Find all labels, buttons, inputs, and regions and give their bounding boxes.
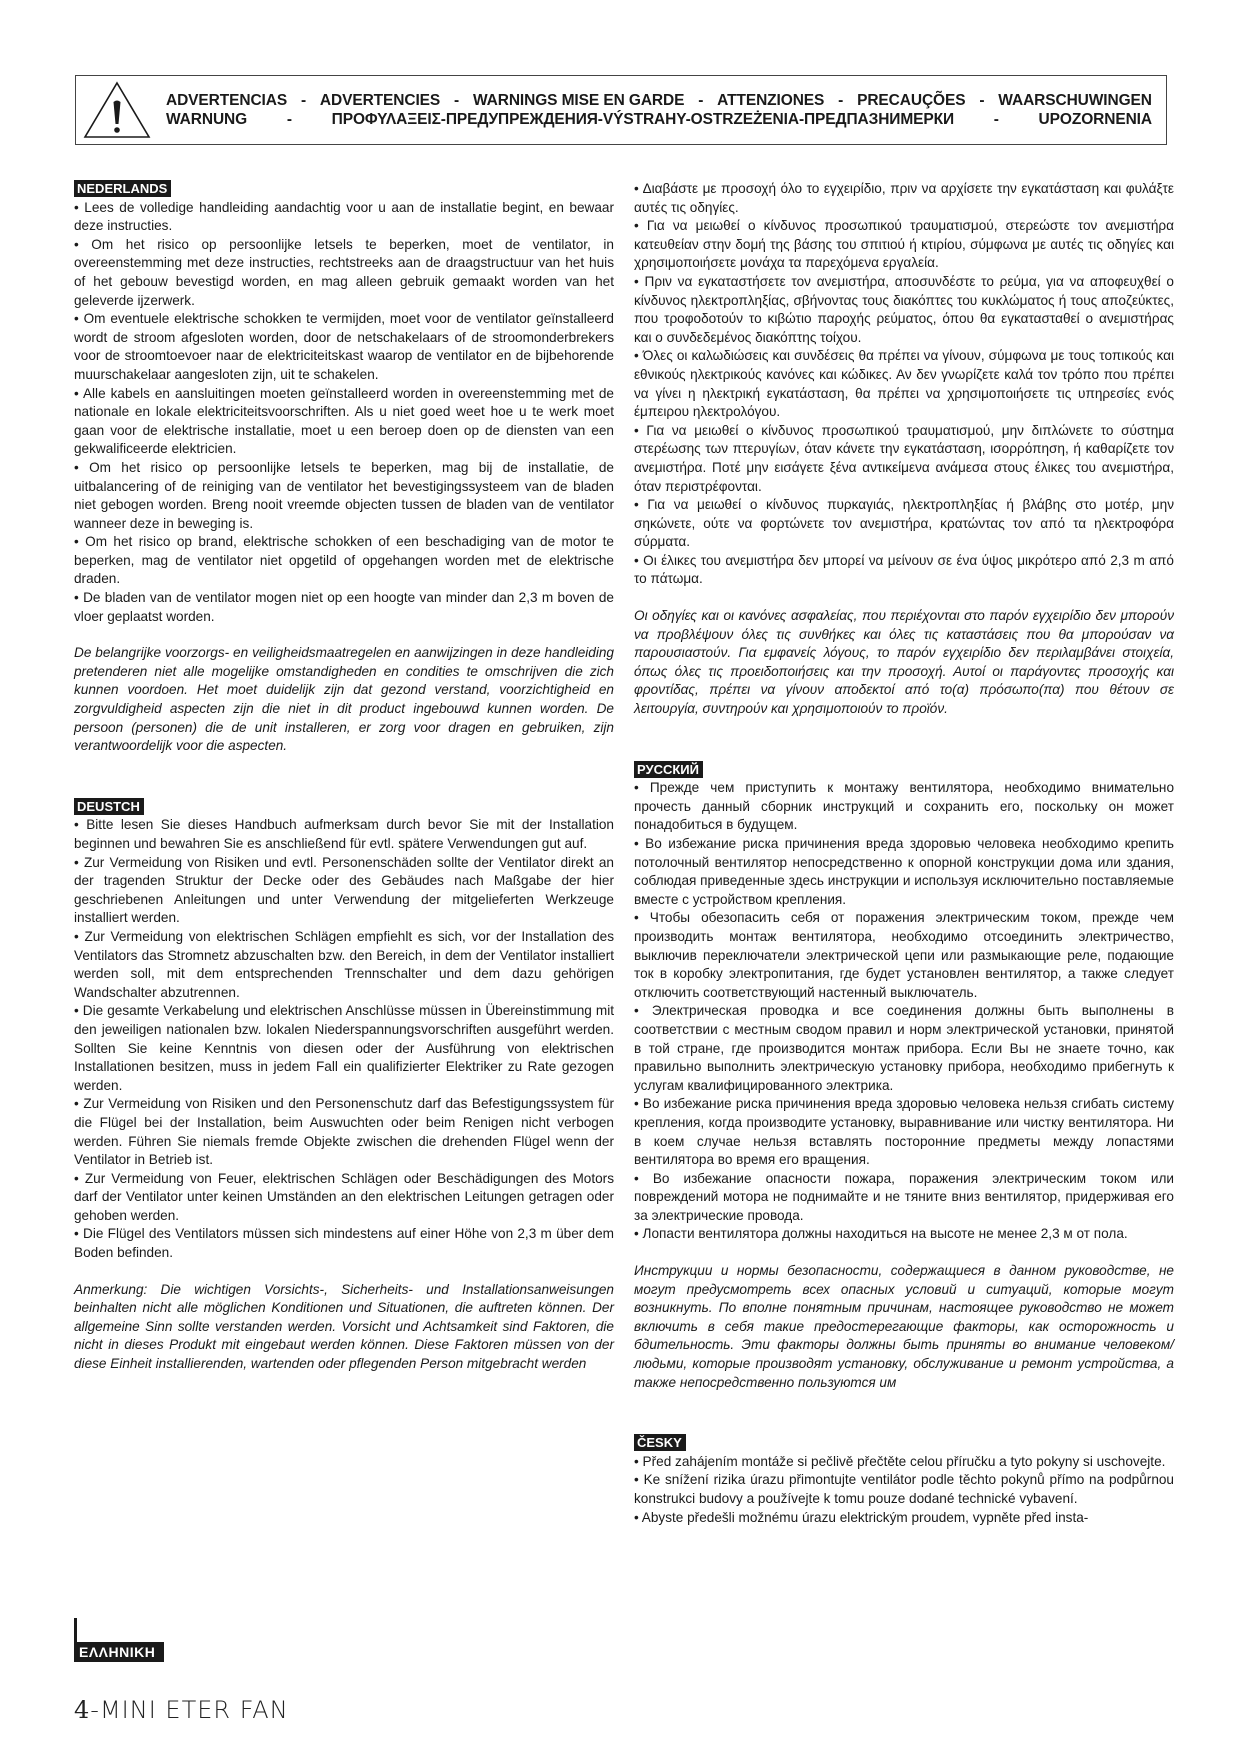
warnings-header-title: ADVERTENCIAS - ADVERTENCIES - WARNINGS M…	[152, 91, 1166, 129]
section-nederlands: NEDERLANDS • Lees de volledige handleidi…	[74, 180, 614, 756]
disclaimer-note: De belangrijke voorzorgs- en veiligheids…	[74, 644, 614, 756]
section-deutsch: DEUSTCH • Bitte lesen Sie dieses Handbuc…	[74, 798, 614, 1374]
header-line-1: ADVERTENCIAS - ADVERTENCIES - WARNINGS M…	[166, 91, 1152, 110]
section-russian: РУССКИЙ • Прежде чем приступить к монтаж…	[634, 761, 1174, 1393]
list-item: • Abyste předešli možnému úrazu elektric…	[634, 1509, 1174, 1528]
list-item: • Ke snížení rizika úrazu přimontujte ve…	[634, 1471, 1174, 1508]
list-item: • Die gesamte Verkabelung und elektrisch…	[74, 1002, 614, 1095]
header-line-2: WARNUNG - ΠΡΟΦΥΛΑΞΕΙΣ-ПРЕДУПРЕЖДЕНИЯ-VÝS…	[166, 110, 1152, 129]
list-item: • Για να μειωθεί ο κίνδυνος πυρκαγιάς, η…	[634, 496, 1174, 552]
section-greek: • Διαβάστε με προσοχή όλο το εγχειρίδιο,…	[634, 180, 1174, 719]
list-item: • Om eventuele elektrische schokken te v…	[74, 310, 614, 384]
list-item: • Alle kabels en aansluitingen moeten ge…	[74, 385, 614, 459]
list-item: • Om het risico op brand, elektrische sc…	[74, 533, 614, 589]
list-item: • Во избежание риска причинения вреда зд…	[634, 835, 1174, 909]
left-column: NEDERLANDS • Lees de volledige handleidi…	[74, 180, 614, 1374]
list-item: • Πριν να εγκαταστήσετε τον ανεμιστήρα, …	[634, 273, 1174, 347]
disclaimer-note: Οι οδηγίες και οι κανόνες ασφαλείας, που…	[634, 607, 1174, 719]
list-item: • Zur Vermeidung von Risiken und evtl. P…	[74, 854, 614, 928]
side-tab-label: ΕΛΛΗΝΙΚΗ	[74, 1642, 164, 1662]
page-footer: 4-MINI ETER FAN	[74, 1696, 289, 1724]
disclaimer-note: Anmerkung: Die wichtigen Vorsichts-, Sic…	[74, 1281, 614, 1374]
list-item: • Οι έλικες του ανεμιστήρα δεν μπορεί να…	[634, 552, 1174, 589]
list-item: • Die Flügel des Ventilators müssen sich…	[74, 1225, 614, 1262]
list-item: • Διαβάστε με προσοχή όλο το εγχειρίδιο,…	[634, 180, 1174, 217]
list-item: • Во избежание риска причинения вреда зд…	[634, 1095, 1174, 1169]
language-side-tab: ΕΛΛΗΝΙΚΗ	[74, 1618, 164, 1662]
warning-triangle-icon	[82, 80, 152, 140]
list-item: • Om het risico op persoonlijke letsels …	[74, 236, 614, 310]
list-item: • Lees de volledige handleiding aandacht…	[74, 199, 614, 236]
list-item: • Во избежание опасности пожара, поражен…	[634, 1170, 1174, 1226]
side-tab-bar	[74, 1618, 77, 1642]
list-item: • Για να μειωθεί ο κίνδυνος προσωπικού τ…	[634, 422, 1174, 496]
section-czech: ČESKY • Před zahájením montáže si pečliv…	[634, 1434, 1174, 1527]
page-number: 4	[74, 1696, 90, 1724]
disclaimer-note: Инструкции и нормы безопасности, содержа…	[634, 1262, 1174, 1392]
language-label-russian: РУССКИЙ	[634, 761, 703, 778]
list-item: • Om het risico op persoonlijke letsels …	[74, 459, 614, 533]
list-item: • Zur Vermeidung von elektrischen Schläg…	[74, 928, 614, 1002]
list-item: • Bitte lesen Sie dieses Handbuch aufmer…	[74, 816, 614, 853]
list-item: • Zur Vermeidung von Risiken und den Per…	[74, 1095, 614, 1169]
list-item: • Zur Vermeidung von Feuer, elektrischen…	[74, 1170, 614, 1226]
list-item: • Лопасти вентилятора должны находиться …	[634, 1225, 1174, 1244]
product-name: MINI ETER FAN	[100, 1696, 289, 1724]
list-item: • Για να μειωθεί ο κίνδυνος προσωπικού τ…	[634, 217, 1174, 273]
language-label-deutsch: DEUSTCH	[74, 798, 144, 815]
list-item: • Электрическая проводка и все соединени…	[634, 1002, 1174, 1095]
language-label-czech: ČESKY	[634, 1434, 686, 1451]
list-item: • De bladen van de ventilator mogen niet…	[74, 589, 614, 626]
list-item: • Прежде чем приступить к монтажу вентил…	[634, 779, 1174, 835]
language-label-nederlands: NEDERLANDS	[74, 180, 171, 197]
list-item: • Před zahájením montáže si pečlivě přeč…	[634, 1453, 1174, 1472]
list-item: • Чтобы обезопасить себя от поражения эл…	[634, 909, 1174, 1002]
right-column: • Διαβάστε με προσοχή όλο το εγχειρίδιο,…	[634, 180, 1174, 1527]
warnings-header-box: ADVERTENCIAS - ADVERTENCIES - WARNINGS M…	[75, 75, 1167, 145]
list-item: • Όλες οι καλωδιώσεις και συνδέσεις θα π…	[634, 347, 1174, 421]
footer-separator: -	[90, 1696, 100, 1724]
